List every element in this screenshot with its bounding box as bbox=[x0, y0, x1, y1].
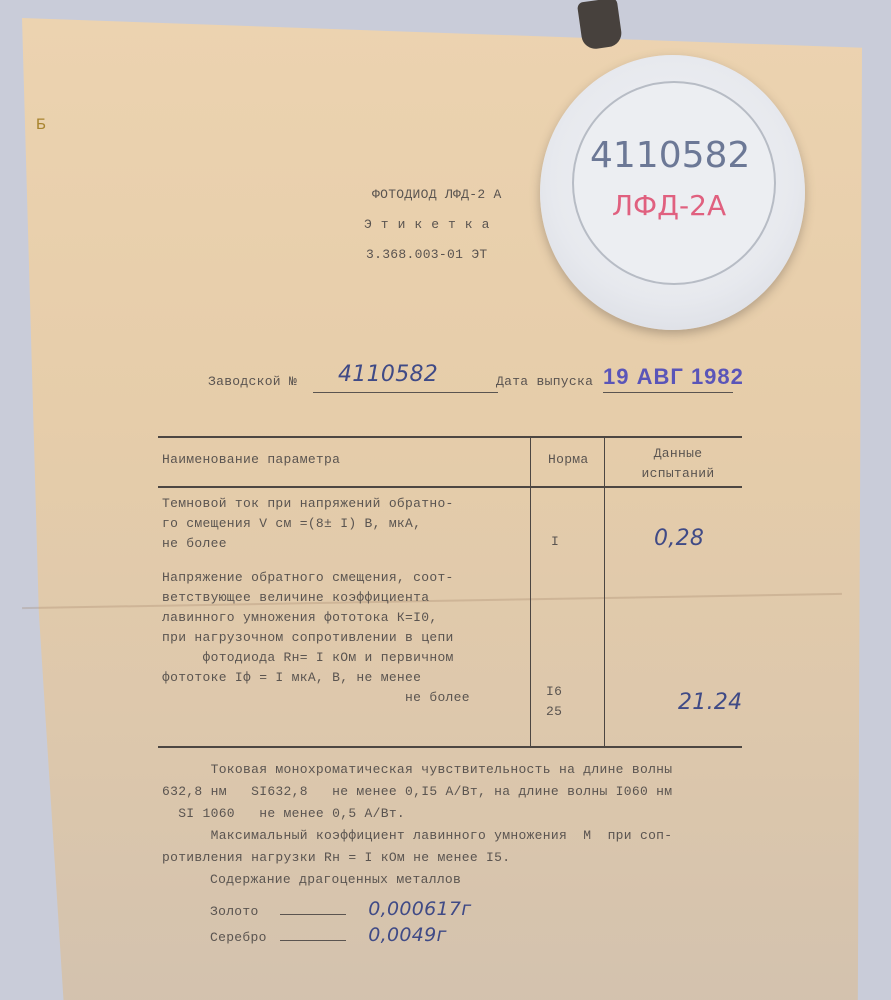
table-bottom-rule bbox=[158, 746, 742, 748]
serial-value: 4110582 bbox=[338, 362, 438, 387]
metal-silver-value: 0,0049г bbox=[368, 924, 447, 946]
cap-face bbox=[572, 81, 776, 285]
document-code: 3.368.003-01 ЭТ bbox=[340, 240, 502, 270]
corner-mark: Б bbox=[36, 116, 46, 134]
metal-gold-underline bbox=[280, 914, 346, 915]
cap-tab bbox=[577, 0, 623, 51]
metal-gold-value: 0,000617г bbox=[368, 898, 471, 920]
metal-silver-label: Серебро bbox=[210, 930, 272, 945]
serial-underline bbox=[313, 392, 498, 393]
row-dark-current-name: Темновой ток при напряжений обратно- го … bbox=[162, 494, 454, 554]
note-line: SI 1060 не менее 0,5 А/Вт. bbox=[162, 804, 782, 826]
metals-heading: Содержание драгоценных металлов bbox=[210, 872, 472, 898]
table-header-rule bbox=[158, 486, 742, 488]
row-bias-voltage-data: 21.24 bbox=[678, 690, 742, 715]
note-line: ротивления нагрузки Rн = I кОм не менее … bbox=[162, 848, 782, 870]
notes-block: Токовая монохроматическая чувствительнос… bbox=[162, 760, 782, 870]
precious-metals-block: Содержание драгоценных металлов Золото 0… bbox=[210, 872, 472, 950]
header-parameter-name: Наименование параметра bbox=[162, 452, 340, 467]
metal-gold-row: Золото 0,000617г bbox=[210, 898, 472, 924]
table-column-divider bbox=[530, 436, 531, 746]
cap-model: ЛФД-2А bbox=[612, 189, 726, 222]
row-bias-voltage-name: Напряжение обратного смещения, соот- вет… bbox=[162, 568, 470, 708]
title-block: ФОТОДИОД ЛФД-2 А Этикетка 3.368.003-01 Э… bbox=[340, 180, 502, 270]
product-title: ФОТОДИОД ЛФД-2 А bbox=[340, 180, 502, 210]
metal-silver-underline bbox=[280, 940, 346, 941]
metal-silver-row: Серебро 0,0049г bbox=[210, 924, 472, 950]
date-underline bbox=[603, 392, 733, 393]
metal-gold-label: Золото bbox=[210, 904, 272, 919]
header-norm: Норма bbox=[548, 452, 589, 467]
note-line: Максимальный коэффициент лавинного умнож… bbox=[162, 826, 782, 848]
row-bias-voltage-norm-max: 25 bbox=[546, 704, 562, 719]
parameters-table: Наименование параметра Норма Данные испы… bbox=[158, 436, 742, 748]
table-column-divider bbox=[604, 436, 605, 746]
document-type: Этикетка bbox=[340, 210, 502, 240]
serial-date-row: Заводской № 4110582 Дата выпуска 19 АВГ … bbox=[208, 362, 788, 394]
table-top-rule bbox=[158, 436, 742, 438]
row-dark-current-data: 0,28 bbox=[654, 526, 704, 551]
date-stamp: 19 АВГ 1982 bbox=[603, 364, 744, 390]
row-bias-voltage-norm-min: I6 bbox=[546, 684, 562, 699]
row-dark-current-norm: I bbox=[551, 534, 559, 549]
photodiode-cap: 4110582 ЛФД-2А bbox=[540, 55, 805, 330]
date-label: Дата выпуска bbox=[496, 374, 593, 389]
cap-serial: 4110582 bbox=[590, 135, 750, 176]
header-test-data: Данные испытаний bbox=[628, 444, 728, 484]
note-line: 632,8 нм SI632,8 не менее 0,I5 А/Вт, на … bbox=[162, 782, 782, 804]
note-line: Токовая монохроматическая чувствительнос… bbox=[162, 760, 782, 782]
serial-label: Заводской № bbox=[208, 374, 297, 389]
